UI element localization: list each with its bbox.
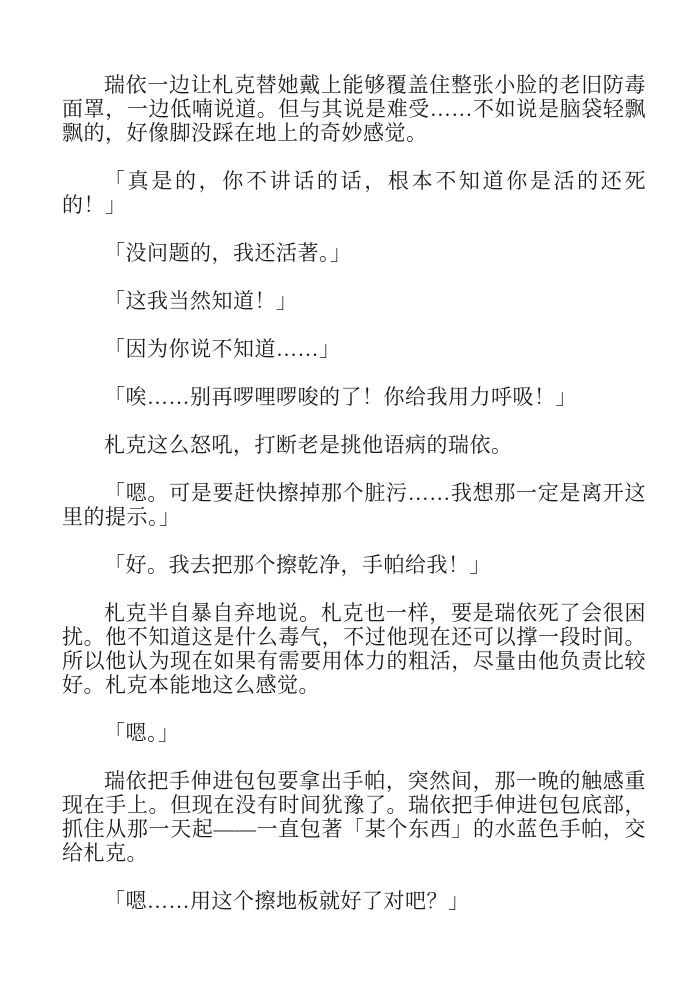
paragraph-dialogue: 「没问题的，我还活著。」 xyxy=(62,241,646,265)
paragraph-dialogue: 「真是的，你不讲话的话，根本不知道你是活的还死的！」 xyxy=(62,169,646,217)
paragraph-dialogue: 「嗯。可是要赶快擦掉那个脏污……我想那一定是离开这里的提示。」 xyxy=(62,481,646,529)
paragraph-dialogue: 「嗯。」 xyxy=(62,721,646,745)
paragraph-dialogue: 「嗯……用这个擦地板就好了对吧？」 xyxy=(62,889,646,913)
paragraph-dialogue: 「唉……别再啰哩啰唆的了！你给我用力呼吸！」 xyxy=(62,385,646,409)
novel-text-page: 瑞依一边让札克替她戴上能够覆盖住整张小脸的老旧防毒面罩，一边低喃说道。但与其说是… xyxy=(0,0,700,992)
paragraph-narration: 瑞依把手伸进包包要拿出手帕，突然间，那一晚的触感重现在手上。但现在没有时间犹豫了… xyxy=(62,769,646,865)
paragraph-narration: 瑞依一边让札克替她戴上能够覆盖住整张小脸的老旧防毒面罩，一边低喃说道。但与其说是… xyxy=(62,73,646,145)
paragraph-dialogue: 「这我当然知道！」 xyxy=(62,289,646,313)
paragraph-dialogue: 「因为你说不知道……」 xyxy=(62,337,646,361)
paragraph-narration: 札克这么怒吼，打断老是挑他语病的瑞依。 xyxy=(62,433,646,457)
paragraph-narration: 札克半自暴自弃地说。札克也一样，要是瑞依死了会很困扰。他不知道这是什么毒气，不过… xyxy=(62,601,646,697)
paragraph-dialogue: 「好。我去把那个擦乾净，手帕给我！」 xyxy=(62,553,646,577)
